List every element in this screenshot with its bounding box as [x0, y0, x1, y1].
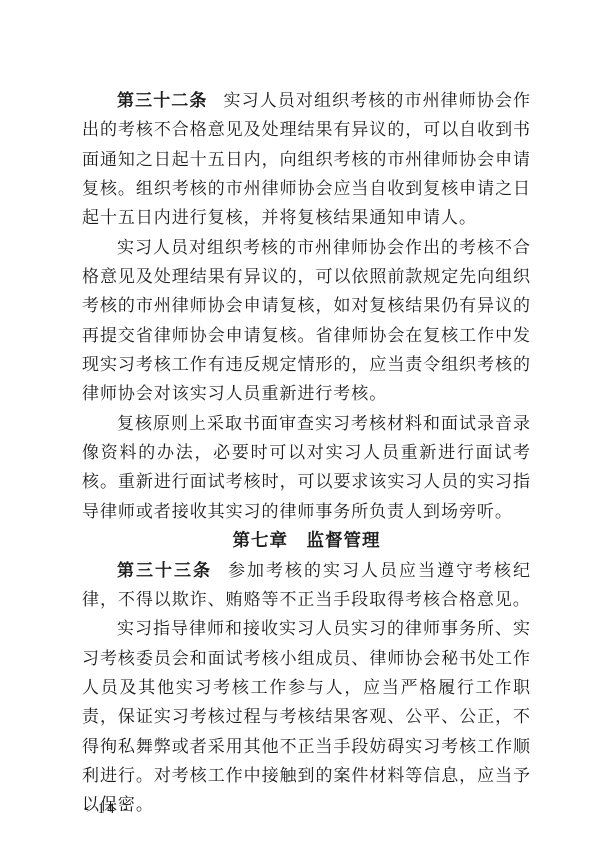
- article-33-number: 第三十三条: [117, 561, 212, 580]
- document-page: 第三十二条实习人员对组织考核的市州律师协会作出的考核不合格意见及处理结果有异议的…: [0, 0, 612, 868]
- article-32-paragraph-3: 复核原则上采取书面审查实习考核材料和面试录音录像资料的办法，必要时可以对实习人员…: [82, 409, 531, 526]
- article-32-paragraph-2-text: 实习人员对组织考核的市州律师协会作出的考核不合格意见及处理结果有异议的，可以依照…: [82, 238, 531, 404]
- article-32-paragraph-2: 实习人员对组织考核的市州律师协会作出的考核不合格意见及处理结果有异议的，可以依照…: [82, 233, 531, 409]
- article-32-number: 第三十二条: [117, 91, 208, 110]
- document-body: 第三十二条实习人员对组织考核的市州律师协会作出的考核不合格意见及处理结果有异议的…: [82, 86, 531, 820]
- article-32-paragraph-3-text: 复核原则上采取书面审查实习考核材料和面试录音录像资料的办法，必要时可以对实习人员…: [82, 414, 531, 521]
- article-32-text: 实习人员对组织考核的市州律师协会作出的考核不合格意见及处理结果有异议的，可以自收…: [82, 91, 531, 227]
- article-32-paragraph-1: 第三十二条实习人员对组织考核的市州律师协会作出的考核不合格意见及处理结果有异议的…: [82, 86, 531, 233]
- chapter-7-heading: 第七章 监督管理: [82, 526, 531, 555]
- article-33-paragraph-1: 第三十三条参加考核的实习人员应当遵守考核纪律，不得以欺诈、贿赂等不正当手段取得考…: [82, 556, 531, 615]
- article-33-paragraph-2-text: 实习指导律师和接收实习人员实习的律师事务所、实习考核委员会和面试考核小组成员、律…: [82, 619, 531, 814]
- article-33-paragraph-2: 实习指导律师和接收实习人员实习的律师事务所、实习考核委员会和面试考核小组成员、律…: [82, 614, 531, 819]
- page-number: - 14 -: [84, 801, 130, 818]
